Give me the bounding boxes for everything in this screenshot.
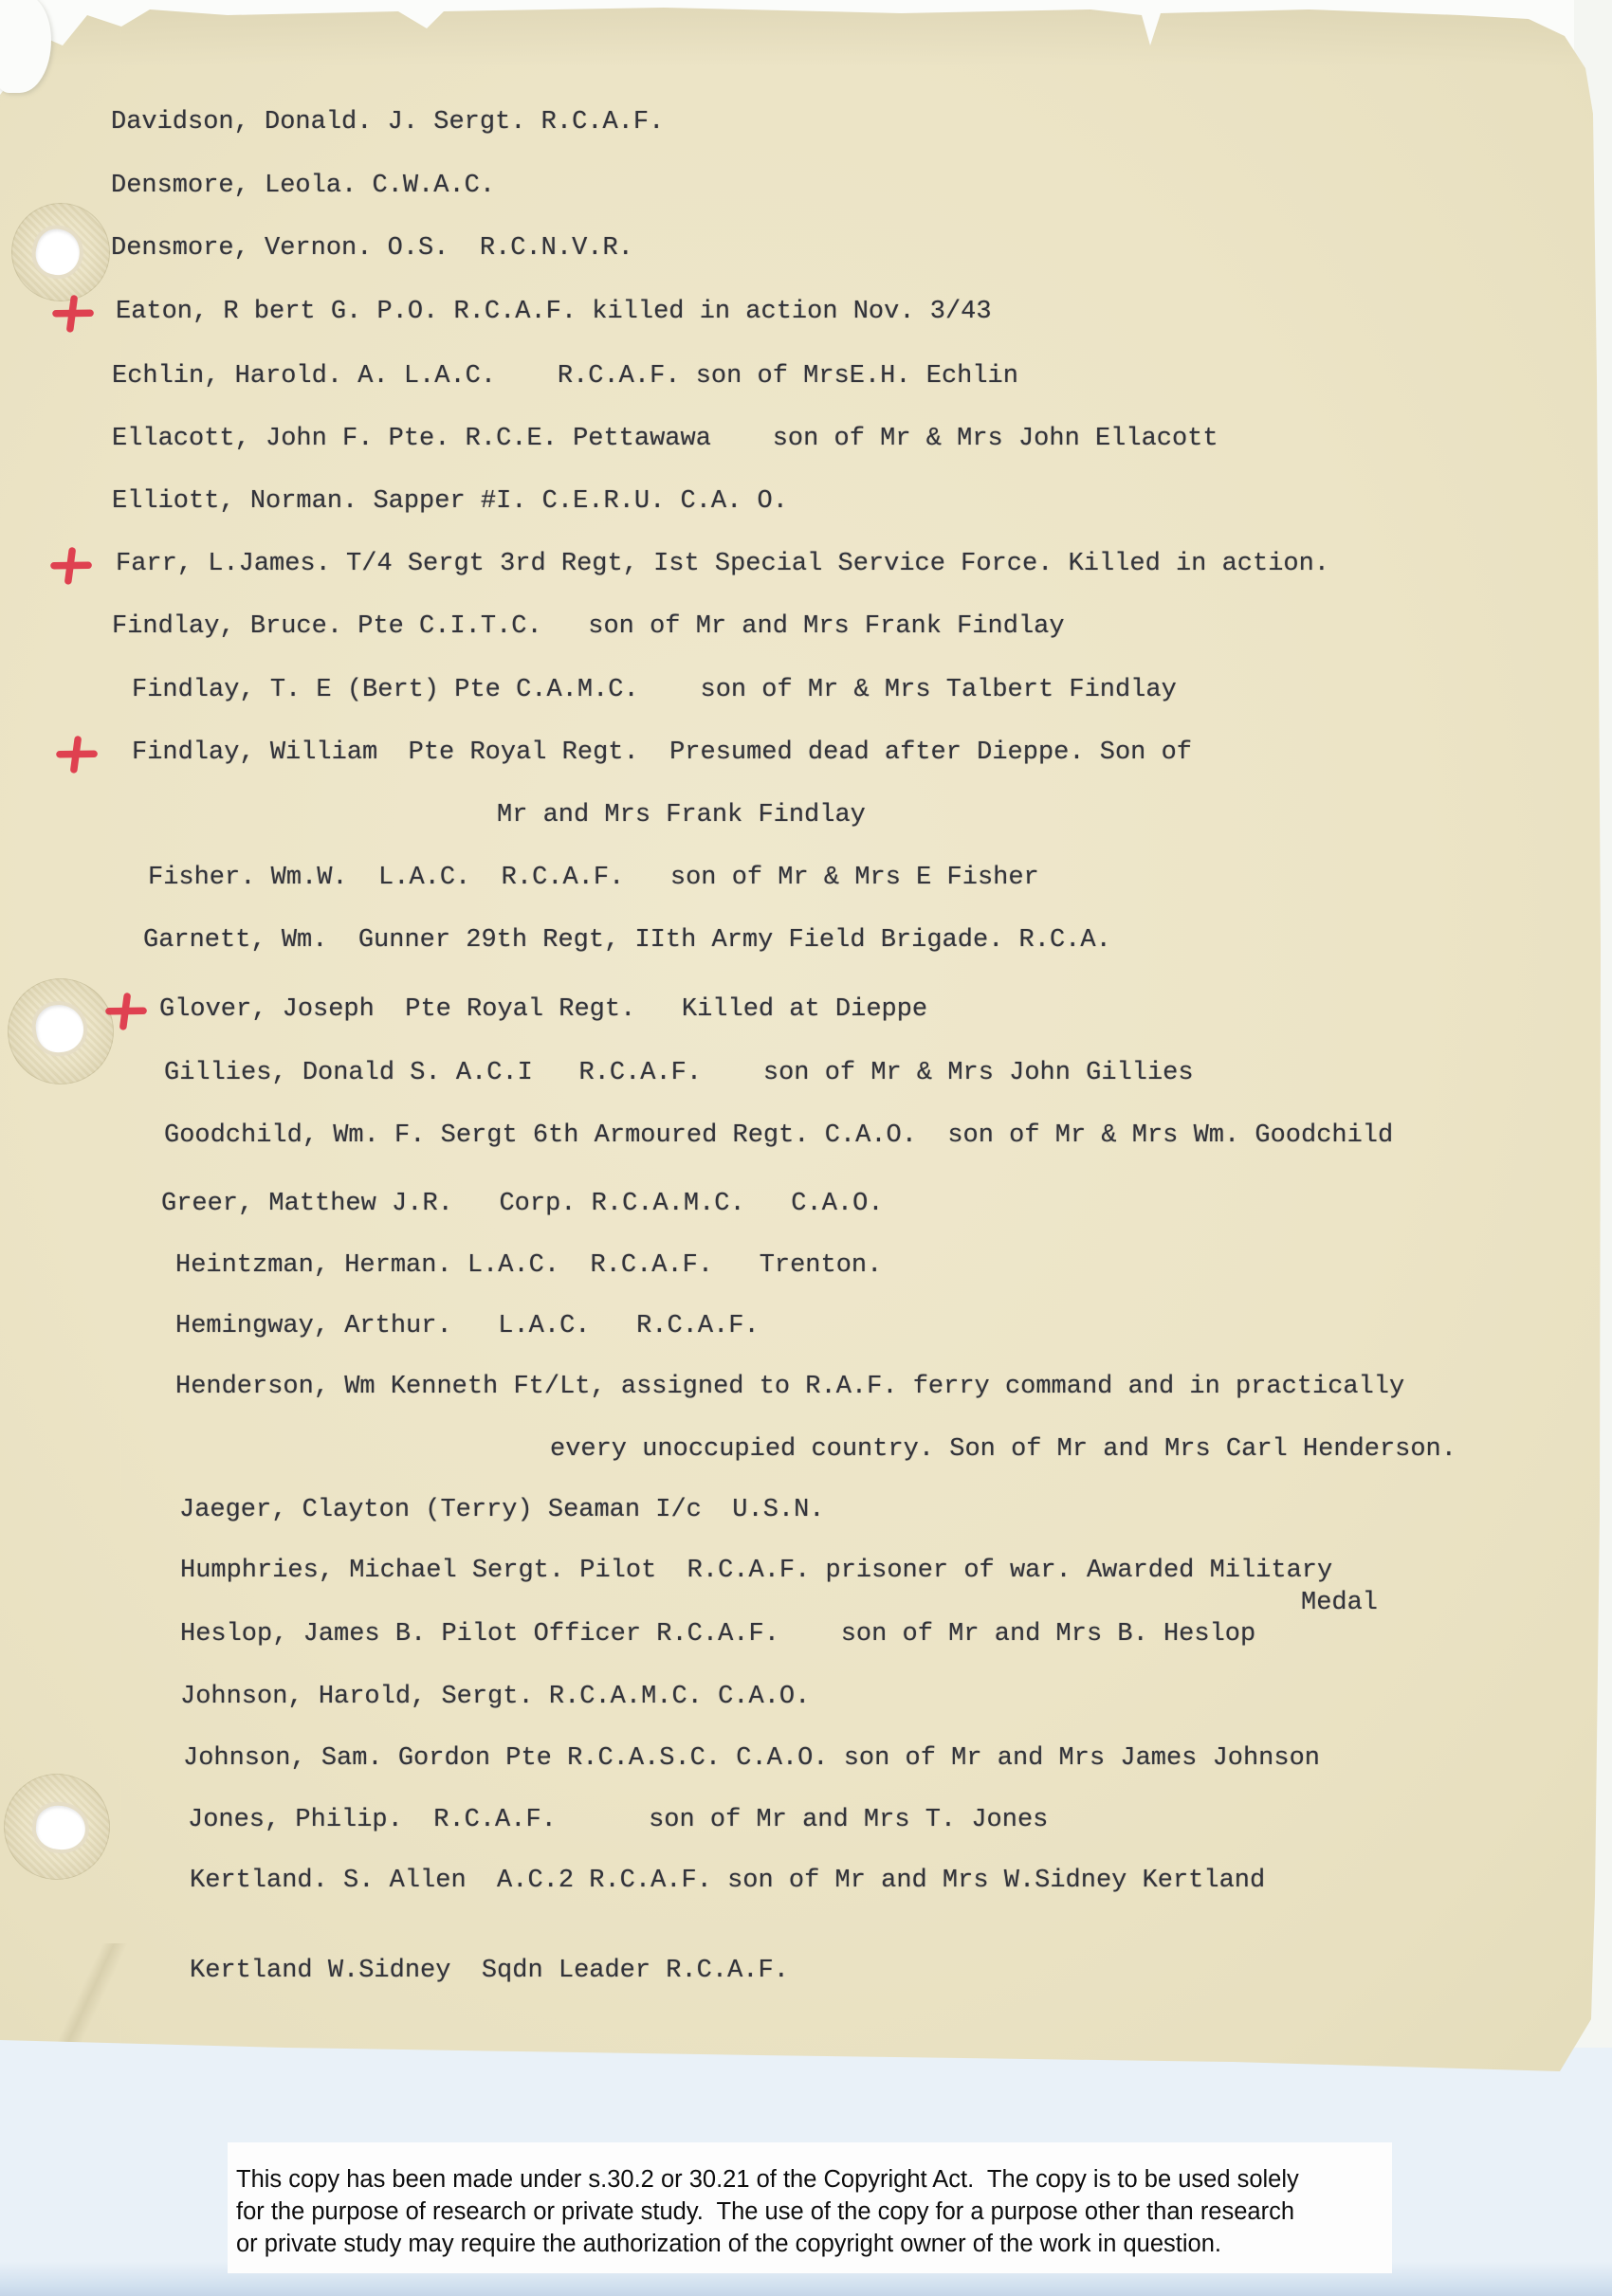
typed-line: Densmore, Vernon. O.S. R.C.N.V.R. <box>111 232 633 264</box>
typed-line: Jones, Philip. R.C.A.F. son of Mr and Mr… <box>188 1804 1048 1836</box>
typed-line: Greer, Matthew J.R. Corp. R.C.A.M.C. C.A… <box>161 1188 884 1220</box>
typed-line: Davidson, Donald. J. Sergt. R.C.A.F. <box>111 106 664 138</box>
copyright-notice-line: for the purpose of research or private s… <box>236 2196 1294 2228</box>
typed-line: Mr and Mrs Frank Findlay <box>497 799 866 831</box>
typed-line: Findlay, T. E (Bert) Pte C.A.M.C. son of… <box>132 674 1177 706</box>
typed-line: Fisher. Wm.W. L.A.C. R.C.A.F. son of Mr … <box>148 862 1039 894</box>
typed-line: Findlay, Bruce. Pte C.I.T.C. son of Mr a… <box>112 610 1065 643</box>
typed-line: Glover, Joseph Pte Royal Regt. Killed at… <box>159 993 927 1026</box>
punch-hole-opening <box>34 1804 87 1851</box>
typed-line: Johnson, Harold, Sergt. R.C.A.M.C. C.A.O… <box>180 1681 810 1713</box>
copyright-notice-line: or private study may require the authori… <box>236 2228 1221 2260</box>
punch-hole-middle <box>8 978 114 1084</box>
typed-line: Farr, L.James. T/4 Sergt 3rd Regt, Ist S… <box>116 548 1329 580</box>
typed-line: Garnett, Wm. Gunner 29th Regt, IIth Army… <box>143 924 1111 957</box>
typed-line: Kertland. S. Allen A.C.2 R.C.A.F. son of… <box>190 1865 1265 1897</box>
typed-line: Jaeger, Clayton (Terry) Seaman I/c U.S.N… <box>179 1494 825 1526</box>
typed-line: Medal <box>1301 1587 1378 1619</box>
typed-line: every unoccupied country. Son of Mr and … <box>550 1433 1456 1466</box>
copyright-notice-line: This copy has been made under s.30.2 or … <box>236 2163 1299 2196</box>
killed-cross-icon <box>54 733 101 775</box>
typed-line: Echlin, Harold. A. L.A.C. R.C.A.F. son o… <box>112 360 1018 392</box>
typed-line: Goodchild, Wm. F. Sergt 6th Armoured Reg… <box>164 1120 1393 1152</box>
punch-hole-opening <box>33 1002 86 1055</box>
typed-line: Johnson, Sam. Gordon Pte R.C.A.S.C. C.A.… <box>183 1742 1320 1775</box>
killed-cross-icon <box>50 292 97 335</box>
typed-line: Kertland W.Sidney Sqdn Leader R.C.A.F. <box>190 1955 789 1987</box>
typed-line: Hemingway, Arthur. L.A.C. R.C.A.F. <box>175 1310 760 1342</box>
killed-cross-icon <box>103 990 150 1032</box>
copyright-notice: This copy has been made under s.30.2 or … <box>228 2142 1392 2273</box>
typed-line: Eaton, R bert G. P.O. R.C.A.F. killed in… <box>116 296 992 328</box>
punch-hole-opening <box>31 225 84 280</box>
paper-sheet: Davidson, Donald. J. Sergt. R.C.A.F.Dens… <box>0 0 1612 2296</box>
typed-line: Ellacott, John F. Pte. R.C.E. Pettawawa … <box>112 423 1218 455</box>
typed-line: Findlay, William Pte Royal Regt. Presume… <box>132 737 1192 769</box>
typed-line: Heslop, James B. Pilot Officer R.C.A.F. … <box>180 1618 1255 1650</box>
punch-hole-bottom <box>4 1774 110 1880</box>
typed-line: Densmore, Leola. C.W.A.C. <box>111 170 495 202</box>
typed-line: Gillies, Donald S. A.C.I R.C.A.F. son of… <box>164 1057 1194 1089</box>
scanned-document-page: Davidson, Donald. J. Sergt. R.C.A.F.Dens… <box>0 0 1612 2296</box>
killed-cross-icon <box>48 544 95 587</box>
typed-line: Heintzman, Herman. L.A.C. R.C.A.F. Trent… <box>175 1249 882 1282</box>
punch-hole-top <box>11 203 110 301</box>
typed-line: Henderson, Wm Kenneth Ft/Lt, assigned to… <box>175 1371 1404 1403</box>
typed-line: Elliott, Norman. Sapper #I. C.E.R.U. C.A… <box>112 485 788 518</box>
typed-line: Humphries, Michael Sergt. Pilot R.C.A.F.… <box>180 1555 1332 1587</box>
